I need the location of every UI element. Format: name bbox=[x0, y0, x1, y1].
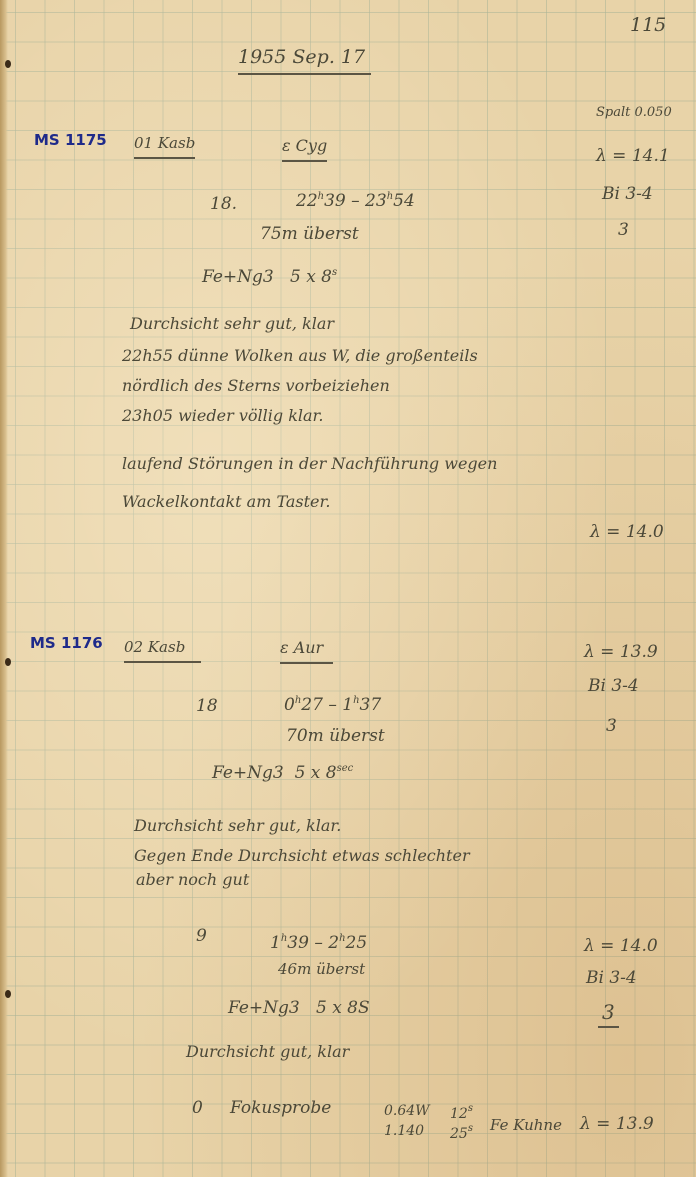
focus-lambda: λ = 13.9 bbox=[580, 1116, 654, 1133]
remark-line: Durchsicht gut, klar bbox=[186, 1044, 349, 1060]
right-note: λ = 13.9 bbox=[584, 644, 658, 661]
right-note: Bi 3-4 bbox=[602, 186, 653, 203]
end-note: λ = 14.0 bbox=[590, 524, 664, 541]
notebook-page: 115 1955 Sep. 17 MS 1175 01 Kasb ε Cyg S… bbox=[0, 0, 696, 1177]
right-note: λ = 14.0 bbox=[584, 938, 658, 955]
right-note: Bi 3-4 bbox=[588, 678, 639, 695]
binding-hole bbox=[5, 990, 11, 998]
time-range: 1h39 – 2h25 bbox=[270, 934, 367, 952]
object-name: ε Cyg bbox=[282, 138, 327, 162]
focus-test-label: Fokusprobe bbox=[230, 1100, 331, 1117]
obs-date: 18 bbox=[196, 698, 218, 715]
remark-line: 23h05 wieder völlig klar. bbox=[122, 408, 324, 424]
binding-hole bbox=[5, 658, 11, 666]
remark-line: laufend Störungen in der Nachführung weg… bbox=[122, 456, 497, 472]
right-note: 3 bbox=[606, 718, 617, 735]
right-note: λ = 14.1 bbox=[596, 148, 670, 165]
remark-line: Durchsicht sehr gut, klar bbox=[130, 316, 334, 332]
cassette: 02 Kasb bbox=[124, 640, 201, 663]
exposure-duration: 70m überst bbox=[286, 728, 385, 745]
page-number: 115 bbox=[630, 16, 666, 35]
remark-line: aber noch gut bbox=[136, 872, 249, 888]
plate-id: MS 1176 bbox=[30, 636, 103, 651]
remark-line: Wackelkontakt am Taster. bbox=[122, 494, 331, 510]
time-range: 0h27 – 1h37 bbox=[284, 696, 381, 714]
focus-time: 25s bbox=[450, 1124, 473, 1141]
right-note: Spalt 0.050 bbox=[596, 106, 672, 119]
focus-value: 0.64W bbox=[384, 1104, 430, 1118]
obs-date: 9 bbox=[196, 928, 207, 945]
right-note: 3 bbox=[618, 222, 629, 239]
filter-exposures: Fe+Ng3 5 x 8S bbox=[228, 1000, 370, 1017]
focus-time: 12s bbox=[450, 1104, 473, 1121]
page-binding-edge bbox=[0, 0, 8, 1177]
cassette: 01 Kasb bbox=[134, 136, 195, 159]
binding-hole bbox=[5, 60, 11, 68]
remark-line: Durchsicht sehr gut, klar. bbox=[134, 818, 341, 834]
filter-exposures: Fe+Ng3 5 x 8sec bbox=[212, 764, 353, 782]
object-name: ε Aur bbox=[280, 640, 333, 664]
time-range: 22h39 – 23h54 bbox=[296, 192, 415, 210]
exposure-duration: 46m überst bbox=[278, 962, 365, 977]
obs-date: 18. bbox=[210, 196, 237, 213]
remark-line: 22h55 dünne Wolken aus W, die großenteil… bbox=[122, 348, 478, 364]
right-note: 3 bbox=[598, 1002, 619, 1028]
exposure-duration: 75m überst bbox=[260, 226, 359, 243]
remark-line: nördlich des Sterns vorbeiziehen bbox=[122, 378, 390, 394]
plate-id: MS 1175 bbox=[34, 133, 107, 148]
focus-note: Fe Kuhne bbox=[490, 1118, 562, 1133]
remark-line: Gegen Ende Durchsicht etwas schlechter bbox=[134, 848, 470, 864]
focus-value: 1.140 bbox=[384, 1124, 424, 1138]
right-note: Bi 3-4 bbox=[586, 970, 637, 987]
focus-test-index: 0 bbox=[192, 1100, 203, 1117]
filter-exposures: Fe+Ng3 5 x 8s bbox=[202, 268, 337, 286]
date-heading: 1955 Sep. 17 bbox=[238, 48, 371, 75]
